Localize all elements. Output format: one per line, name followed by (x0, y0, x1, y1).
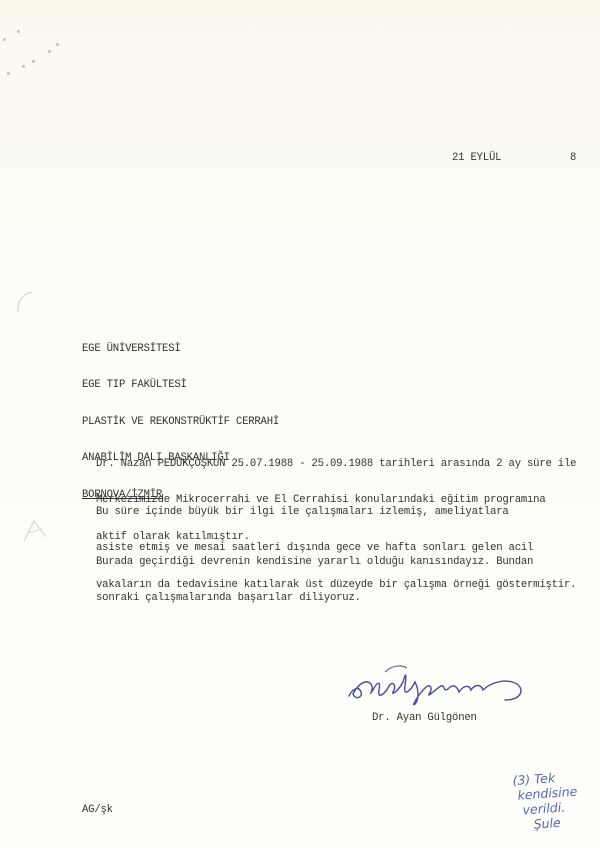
margin-scribble (14, 288, 38, 318)
body-line: sonraki çalışmalarında başarılar diliyor… (96, 592, 533, 604)
paper-speck (3, 38, 6, 41)
address-line: EGE ÜNİVERSİTESİ (82, 343, 279, 355)
paper-speck (48, 50, 51, 53)
paper-speck (56, 43, 59, 46)
body-line: Bu süre içinde büyük bir ilgi ile çalışm… (96, 506, 576, 518)
page-number: 8 (570, 152, 576, 164)
address-line: EGE TIP FAKÜLTESİ (82, 379, 279, 391)
paper-speck (17, 30, 20, 33)
body-line: Burada geçirdiği devrenin kendisine yara… (96, 556, 533, 568)
reference-initials: AG/şk (82, 804, 113, 816)
signer-name: Dr. Ayan Gülgönen (372, 712, 477, 724)
letter-date: 21 EYLÜL (452, 152, 501, 164)
paper-speck (7, 72, 10, 75)
body-line: Dr. Nazan PEDÜKÇOŞKUN 25.07.1988 - 25.09… (96, 458, 576, 470)
paper-speck (32, 60, 35, 63)
address-line: PLASTİK VE REKONSTRÜKTİF CERRAHİ (82, 416, 279, 428)
paper-speck (22, 65, 25, 68)
handwritten-signature (345, 660, 530, 710)
handwritten-note: (3) Tek kendisine verildi. Şule (512, 767, 600, 833)
margin-scribble (20, 515, 50, 545)
body-paragraph-3: Burada geçirdiği devrenin kendisine yara… (96, 532, 533, 617)
